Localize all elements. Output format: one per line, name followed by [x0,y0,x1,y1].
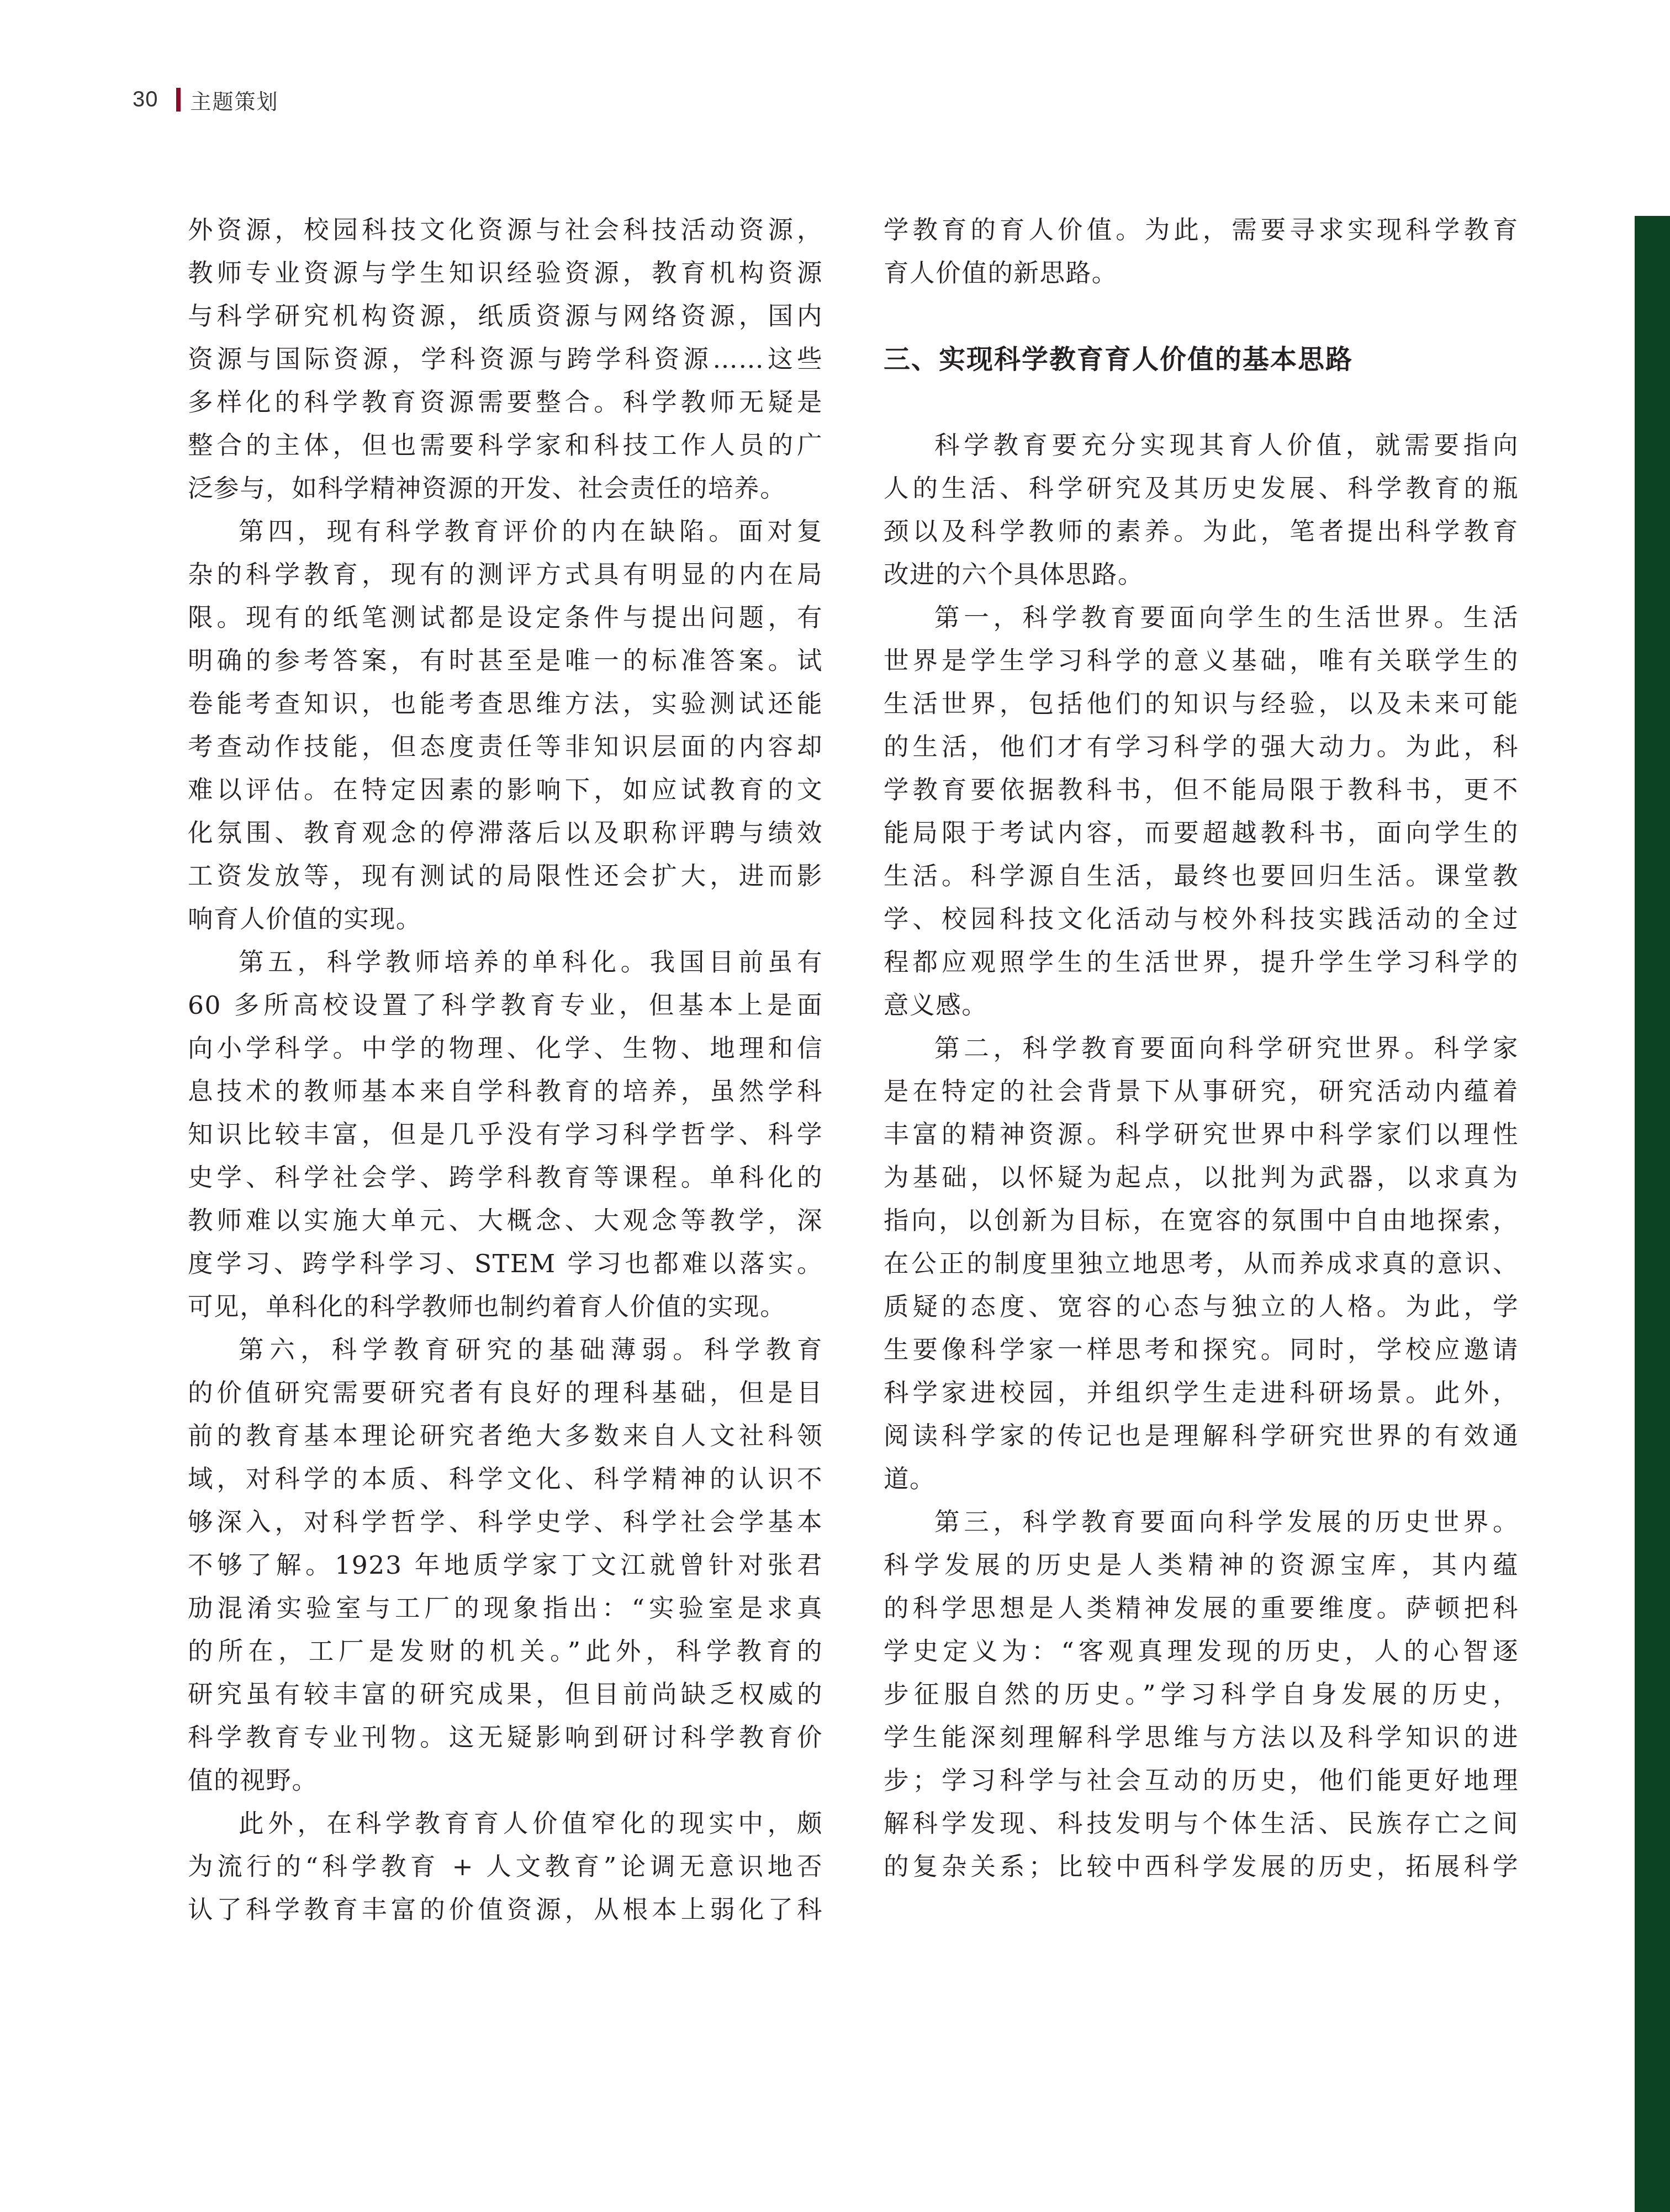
text-line: 劢混淆实验室与工厂的现象指出：“实验室是求真 [188,1587,823,1630]
text-line: 步；学习科学与社会互动的历史，他们能更好地理 [884,1759,1519,1802]
text-line: 的生活，他们才有学习科学的强大动力。为此，科 [884,726,1519,769]
text-line: 考查动作技能，但态度责任等非知识层面的内容却 [188,726,823,769]
text-line: 指向，以创新为目标，在宽容的氛围中自由地探索， [884,1199,1519,1242]
paragraph: 第四，现有科学教育评价的内在缺陷。面对复杂的科学教育，现有的测评方式具有明显的内… [188,510,823,941]
text-line: 学生能深刻理解科学思维与方法以及科学知识的进 [884,1716,1519,1759]
text-line: 的价值研究需要研究者有良好的理科基础，但是目 [188,1372,823,1415]
right-column: 学教育的育人价值。为此，需要寻求实现科学教育育人价值的新思路。 三、实现科学教育… [884,209,1519,1888]
paragraph: 第三，科学教育要面向科学发展的历史世界。科学发展的历史是人类精神的资源宝库，其内… [884,1501,1519,1888]
section-heading: 三、实现科学教育育人价值的基本思路 [884,338,1519,381]
text-line: 在公正的制度里独立地思考，从而养成求真的意识、 [884,1242,1519,1285]
paragraph: 第五，科学教师培养的单科化。我国目前虽有60 多所高校设置了科学教育专业，但基本… [188,941,823,1329]
text-line: 教师专业资源与学生知识经验资源，教育机构资源 [188,252,823,295]
text-line: 整合的主体，但也需要科学家和科技工作人员的广 [188,424,823,467]
text-line: 道。 [884,1458,1519,1501]
text-line: 生活。科学源自生活，最终也要回归生活。课堂教 [884,855,1519,898]
header-accent-bar [176,88,181,112]
paragraph: 第一，科学教育要面向学生的生活世界。生活世界是学生学习科学的意义基础，唯有关联学… [884,596,1519,1027]
text-line: 学、校园科技文化活动与校外科技实践活动的全过 [884,898,1519,941]
text-line: 第四，现有科学教育评价的内在缺陷。面对复 [188,510,823,553]
text-line: 第一，科学教育要面向学生的生活世界。生活 [884,596,1519,639]
text-line: 生要像科学家一样思考和探究。同时，学校应邀请 [884,1329,1519,1372]
right-body: 科学教育要充分实现其育人价值，就需要指向人的生活、科学研究及其历史发展、科学教育… [884,424,1519,1888]
text-line: 60 多所高校设置了科学教育专业，但基本上是面 [188,984,823,1027]
text-line: 域，对科学的本质、科学文化、科学精神的认识不 [188,1458,823,1501]
text-line: 资源与国际资源，学科资源与跨学科资源……这些 [188,338,823,381]
text-line: 响育人价值的实现。 [188,898,823,941]
paragraph: 第二，科学教育要面向科学研究世界。科学家是在特定的社会背景下从事研究，研究活动内… [884,1027,1519,1501]
text-line: 质疑的态度、宽容的心态与独立的人格。为此，学 [884,1285,1519,1329]
text-line: 颈以及科学教师的素养。为此，笔者提出科学教育 [884,510,1519,553]
text-line: 教师难以实施大单元、大概念、大观念等教学，深 [188,1199,823,1242]
text-line: 多样化的科学教育资源需要整合。科学教师无疑是 [188,381,823,424]
text-line: 育人价值的新思路。 [884,252,1519,295]
text-line: 世界是学生学习科学的意义基础，唯有关联学生的 [884,639,1519,682]
side-color-tab [1635,216,1670,2212]
text-line: 外资源，校园科技文化资源与社会科技活动资源， [188,209,823,252]
text-line: 程都应观照学生的生活世界，提升学生学习科学的 [884,941,1519,984]
paragraph: 外资源，校园科技文化资源与社会科技活动资源，教师专业资源与学生知识经验资源，教育… [188,209,823,510]
text-line: 学教育要依据教科书，但不能局限于教科书，更不 [884,769,1519,812]
text-line: 科学教育专业刊物。这无疑影响到研讨科学教育价 [188,1716,823,1759]
text-line: 可见，单科化的科学教师也制约着育人价值的实现。 [188,1285,823,1329]
text-line: 值的视野。 [188,1759,823,1802]
text-line: 人的生活、科学研究及其历史发展、科学教育的瓶 [884,467,1519,510]
text-line: 史学、科学社会学、跨学科教育等课程。单科化的 [188,1156,823,1199]
text-line: 的所在，工厂是发财的机关。”此外，科学教育的 [188,1630,823,1673]
text-line: 卷能考查知识，也能考查思维方法，实验测试还能 [188,682,823,726]
text-line: 度学习、跨学科学习、STEM 学习也都难以落实。 [188,1242,823,1285]
text-line: 生活世界，包括他们的知识与经验，以及未来可能 [884,682,1519,726]
left-column: 外资源，校园科技文化资源与社会科技活动资源，教师专业资源与学生知识经验资源，教育… [188,209,823,1931]
text-line: 第二，科学教育要面向科学研究世界。科学家 [884,1027,1519,1070]
paragraph: 科学教育要充分实现其育人价值，就需要指向人的生活、科学研究及其历史发展、科学教育… [884,424,1519,596]
text-line: 向小学科学。中学的物理、化学、生物、地理和信 [188,1027,823,1070]
text-line: 杂的科学教育，现有的测评方式具有明显的内在局 [188,553,823,596]
page-number: 30 [133,87,158,112]
text-line: 此外，在科学教育育人价值窄化的现实中，颇 [188,1802,823,1845]
paragraph: 学教育的育人价值。为此，需要寻求实现科学教育育人价值的新思路。 [884,209,1519,295]
text-line: 知识比较丰富，但是几乎没有学习科学哲学、科学 [188,1113,823,1156]
text-line: 认了科学教育丰富的价值资源，从根本上弱化了科 [188,1888,823,1931]
text-line: 第五，科学教师培养的单科化。我国目前虽有 [188,941,823,984]
running-header: 30 主题策划 [133,83,279,116]
text-line: 阅读科学家的传记也是理解科学研究世界的有效通 [884,1415,1519,1458]
text-line: 为基础，以怀疑为起点，以批判为武器，以求真为 [884,1156,1519,1199]
text-line: 泛参与，如科学精神资源的开发、社会责任的培养。 [188,467,823,510]
text-line: 工资发放等，现有测试的局限性还会扩大，进而影 [188,855,823,898]
text-line: 是在特定的社会背景下从事研究，研究活动内蕴着 [884,1070,1519,1113]
text-line: 与科学研究机构资源，纸质资源与网络资源，国内 [188,295,823,338]
text-line: 改进的六个具体思路。 [884,553,1519,596]
text-line: 科学发展的历史是人类精神的资源宝库，其内蕴 [884,1544,1519,1587]
paragraph: 此外，在科学教育育人价值窄化的现实中，颇为流行的“科学教育 + 人文教育”论调无… [188,1802,823,1931]
text-line: 第六，科学教育研究的基础薄弱。科学教育 [188,1329,823,1372]
section-name: 主题策划 [191,84,279,115]
text-line: 化氛围、教育观念的停滞落后以及职称评聘与绩效 [188,812,823,855]
text-line: 够深入，对科学哲学、科学史学、科学社会学基本 [188,1501,823,1544]
text-line: 限。现有的纸笔测试都是设定条件与提出问题，有 [188,596,823,639]
text-line: 不够了解。1923 年地质学家丁文江就曾针对张君 [188,1544,823,1587]
text-line: 难以评估。在特定因素的影响下，如应试教育的文 [188,769,823,812]
text-line: 意义感。 [884,984,1519,1027]
text-line: 息技术的教师基本来自学科教育的培养，虽然学科 [188,1070,823,1113]
text-line: 的科学思想是人类精神发展的重要维度。萨顿把科 [884,1587,1519,1630]
text-line: 步征服自然的历史。”学习科学自身发展的历史， [884,1673,1519,1716]
text-line: 科学家进校园，并组织学生走进科研场景。此外， [884,1372,1519,1415]
text-line: 解科学发现、科技发明与个体生活、民族存亡之间 [884,1802,1519,1845]
intro-paragraph: 学教育的育人价值。为此，需要寻求实现科学教育育人价值的新思路。 [884,209,1519,295]
paragraph: 第六，科学教育研究的基础薄弱。科学教育的价值研究需要研究者有良好的理科基础，但是… [188,1329,823,1802]
text-line: 学教育的育人价值。为此，需要寻求实现科学教育 [884,209,1519,252]
text-line: 研究虽有较丰富的研究成果，但目前尚缺乏权威的 [188,1673,823,1716]
text-line: 的复杂关系；比较中西科学发展的历史，拓展科学 [884,1845,1519,1888]
text-line: 第三，科学教育要面向科学发展的历史世界。 [884,1501,1519,1544]
text-line: 科学教育要充分实现其育人价值，就需要指向 [884,424,1519,467]
text-line: 学史定义为：“客观真理发现的历史，人的心智逐 [884,1630,1519,1673]
text-line: 能局限于考试内容，而要超越教科书，面向学生的 [884,812,1519,855]
text-line: 为流行的“科学教育 + 人文教育”论调无意识地否 [188,1845,823,1888]
text-line: 丰富的精神资源。科学研究世界中科学家们以理性 [884,1113,1519,1156]
text-line: 前的教育基本理论研究者绝大多数来自人文社科领 [188,1415,823,1458]
text-line: 明确的参考答案，有时甚至是唯一的标准答案。试 [188,639,823,682]
